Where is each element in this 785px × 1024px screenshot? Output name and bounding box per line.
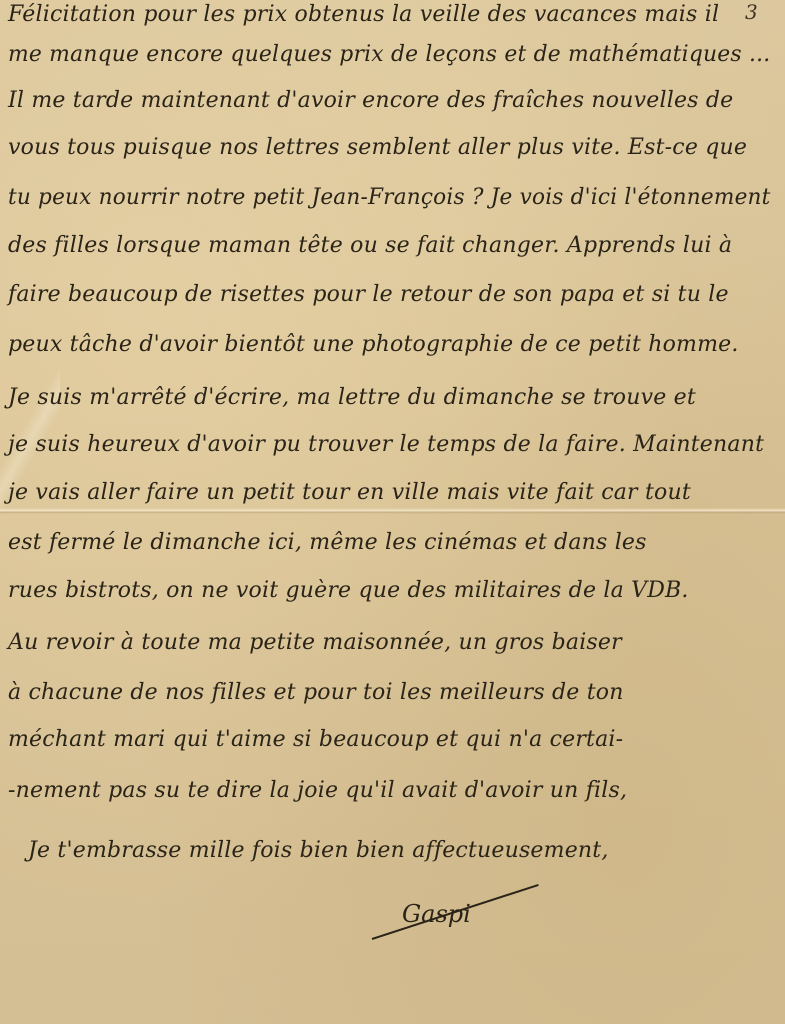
signature-flourish xyxy=(372,884,539,940)
letter-line: me manque encore quelques prix de leçons… xyxy=(8,42,770,67)
letter-line: des filles lorsque maman tête ou se fait… xyxy=(8,233,732,258)
letter-line: Félicitation pour les prix obtenus la ve… xyxy=(8,2,719,27)
letter-line: Au revoir à toute ma petite maisonnée, u… xyxy=(8,630,622,655)
letter-line: peux tâche d'avoir bientôt une photograp… xyxy=(8,332,739,357)
letter-line: tu peux nourrir notre petit Jean-Françoi… xyxy=(8,185,771,210)
letter-closing: Je t'embrasse mille fois bien bien affec… xyxy=(28,838,609,863)
page-number: 3 xyxy=(745,0,758,24)
signature: Gaspi xyxy=(372,900,552,970)
letter-line: à chacune de nos filles et pour toi les … xyxy=(8,680,624,705)
letter-line: -nement pas su te dire la joie qu'il ava… xyxy=(8,778,627,803)
letter-line: faire beaucoup de risettes pour le retou… xyxy=(8,282,729,307)
letter-line: Il me tarde maintenant d'avoir encore de… xyxy=(8,88,733,113)
letter-line: Je suis m'arrêté d'écrire, ma lettre du … xyxy=(8,385,696,410)
letter-line: vous tous puisque nos lettres semblent a… xyxy=(8,135,747,160)
letter-line: je vais aller faire un petit tour en vil… xyxy=(8,480,691,505)
letter-page: 3 Félicitation pour les prix obtenus la … xyxy=(0,0,785,1024)
letter-line: je suis heureux d'avoir pu trouver le te… xyxy=(8,432,764,457)
paper-fold-crease xyxy=(0,508,785,514)
letter-line: méchant mari qui t'aime si beaucoup et q… xyxy=(8,727,623,752)
letter-line: est fermé le dimanche ici, même les ciné… xyxy=(8,530,647,555)
letter-line: rues bistrots, on ne voit guère que des … xyxy=(8,578,689,603)
